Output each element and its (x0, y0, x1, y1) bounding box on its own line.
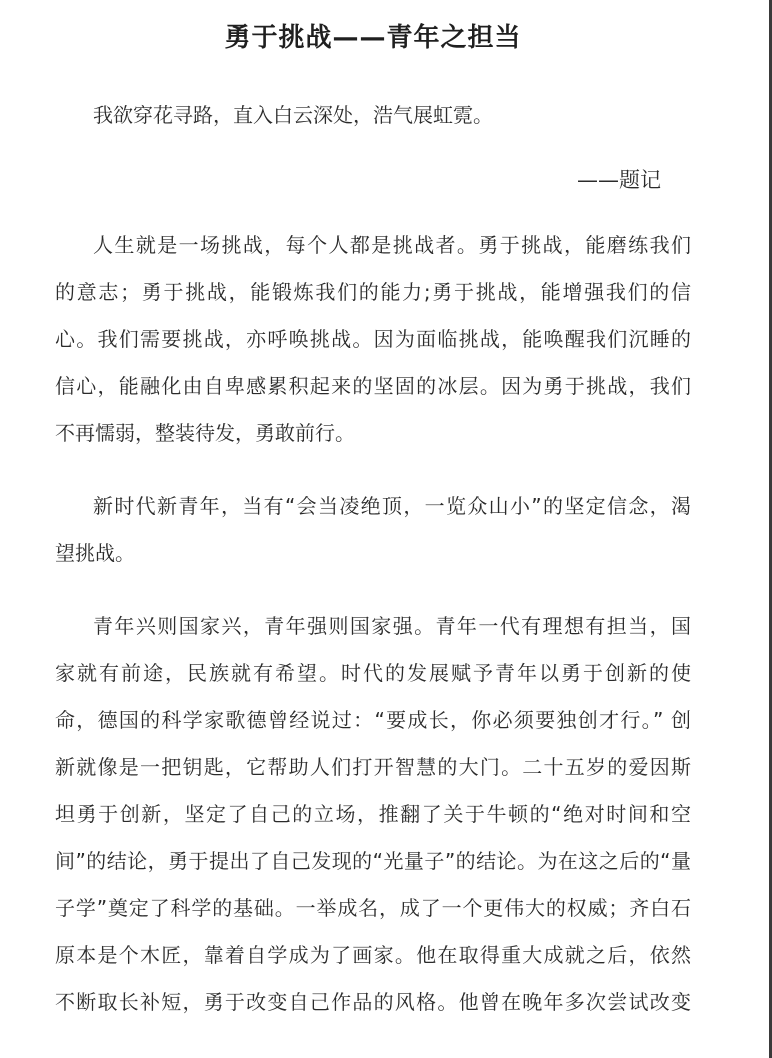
text-line: 子学”奠定了科学的基础。一举成名，成了一个更伟大的权威；齐白石 (55, 885, 691, 932)
text-line: 不再懦弱，整装待发，勇敢前行。 (55, 410, 691, 457)
epigraph-block: 我欲穿花寻路，直入白云深处，浩气展虹霓。 ——题记 (55, 92, 691, 204)
text-line: 坦勇于创新，坚定了自己的立场，推翻了关于牛顿的“绝对时间和空 (55, 791, 691, 838)
essay-paragraph-2: 新时代新青年，当有“会当凌绝顶，一览众山小”的坚定信念，渴 望挑战。 (55, 483, 691, 577)
essay-content: 勇于挑战——青年之担当 我欲穿花寻路，直入白云深处，浩气展虹霓。 ——题记 人生… (55, 0, 691, 1026)
text-line: 青年兴则国家兴，青年强则国家强。青年一代有理想有担当，国 (55, 603, 691, 650)
epigraph-line: 我欲穿花寻路，直入白云深处，浩气展虹霓。 (55, 92, 691, 139)
text-line: 的意志；勇于挑战，能锻炼我们的能力;勇于挑战，能增强我们的信 (55, 269, 691, 316)
text-line: 原本是个木匠，靠着自学成为了画家。他在取得重大成就之后，依然 (55, 932, 691, 979)
text-line: 不断取长补短，勇于改变自己作品的风格。他曾在晚年多次尝试改变 (55, 979, 691, 1026)
text-line: 心。我们需要挑战，亦呼唤挑战。因为面临挑战，能唤醒我们沉睡的 (55, 316, 691, 363)
page-title: 勇于挑战——青年之担当 (55, 12, 691, 64)
text-line: 新时代新青年，当有“会当凌绝顶，一览众山小”的坚定信念，渴 (55, 483, 691, 530)
text-line: 新就像是一把钥匙，它帮助人们打开智慧的大门。二十五岁的爱因斯 (55, 744, 691, 791)
text-line: 人生就是一场挑战，每个人都是挑战者。勇于挑战，能磨练我们 (55, 222, 691, 269)
text-line: 命，德国的科学家歌德曾经说过：“要成长，你必须要独创才行。” 创 (55, 697, 691, 744)
essay-paragraph-3: 青年兴则国家兴，青年强则国家强。青年一代有理想有担当，国 家就有前途，民族就有希… (55, 603, 691, 1026)
essay-paragraph-1: 人生就是一场挑战，每个人都是挑战者。勇于挑战，能磨练我们 的意志；勇于挑战，能锻… (55, 222, 691, 457)
text-line: 家就有前途，民族就有希望。时代的发展赋予青年以勇于创新的使 (55, 650, 691, 697)
text-line: 间”的结论，勇于提出了自己发现的“光量子”的结论。为在这之后的“量 (55, 838, 691, 885)
document-page: 勇于挑战——青年之担当 我欲穿花寻路，直入白云深处，浩气展虹霓。 ——题记 人生… (0, 0, 772, 1058)
epigraph-attribution: ——题记 (55, 157, 691, 204)
text-line: 信心，能融化由自卑感累积起来的坚固的冰层。因为勇于挑战，我们 (55, 363, 691, 410)
text-line: 望挑战。 (55, 530, 691, 577)
